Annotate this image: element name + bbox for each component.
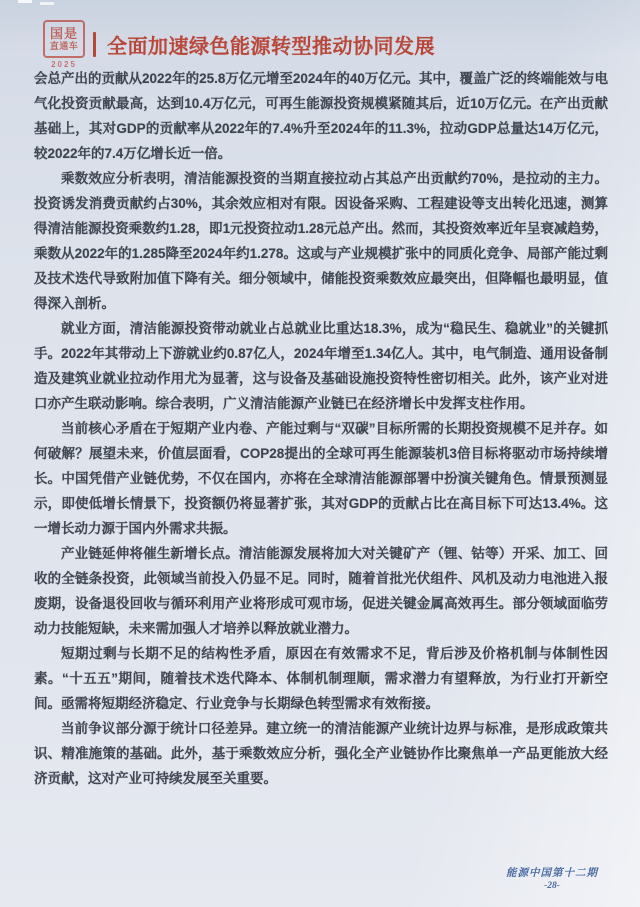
paragraph-2: 乘数效应分析表明，清洁能源投资的当期直接拉动占其总产出贡献约70%，是拉动的主力… bbox=[34, 166, 608, 316]
logo-box: 国是 直通车 bbox=[43, 20, 85, 58]
paragraph-7: 当前争议部分源于统计口径差异。建立统一的清洁能源产业统计边界与标准，是形成政策共… bbox=[34, 716, 608, 791]
paragraph-1: 会总产出的贡献从2022年的25.8万亿元增至2024年的40万亿元。其中，覆盖… bbox=[34, 66, 608, 166]
title-divider-bar bbox=[93, 32, 96, 57]
article-body: 会总产出的贡献从2022年的25.8万亿元增至2024年的40万亿元。其中，覆盖… bbox=[34, 66, 608, 791]
paragraph-6: 短期过剩与长期不足的结构性矛盾，原因在有效需求不足，背后涉及价格机制与体制性因素… bbox=[34, 641, 608, 716]
document-page: 国是 直通车 2025 全面加速绿色能源转型推动协同发展 会总产出的贡献从202… bbox=[0, 0, 640, 907]
journal-title: 能源中国第十二期 bbox=[506, 867, 598, 880]
page-number: -28- bbox=[506, 880, 598, 892]
paragraph-3: 就业方面，清洁能源投资带动就业占总就业比重达18.3%，成为“稳民生、稳就业”的… bbox=[34, 316, 608, 416]
logo-text-bottom: 直通车 bbox=[50, 41, 79, 52]
paragraph-5: 产业链延伸将催生新增长点。清洁能源发展将加大对关键矿产（锂、钴等）开采、加工、回… bbox=[34, 541, 608, 641]
paragraph-4: 当前核心矛盾在于短期产业内卷、产能过剩与“双碳”目标所需的长期投资规模不足并存。… bbox=[34, 416, 608, 541]
title-row: 全面加速绿色能源转型推动协同发展 bbox=[93, 30, 435, 59]
page-title: 全面加速绿色能源转型推动协同发展 bbox=[107, 30, 435, 59]
page-footer: 能源中国第十二期 -28- bbox=[506, 867, 598, 892]
logo-seal: 国是 直通车 2025 bbox=[41, 20, 87, 69]
logo-text-top: 国是 bbox=[50, 27, 78, 41]
